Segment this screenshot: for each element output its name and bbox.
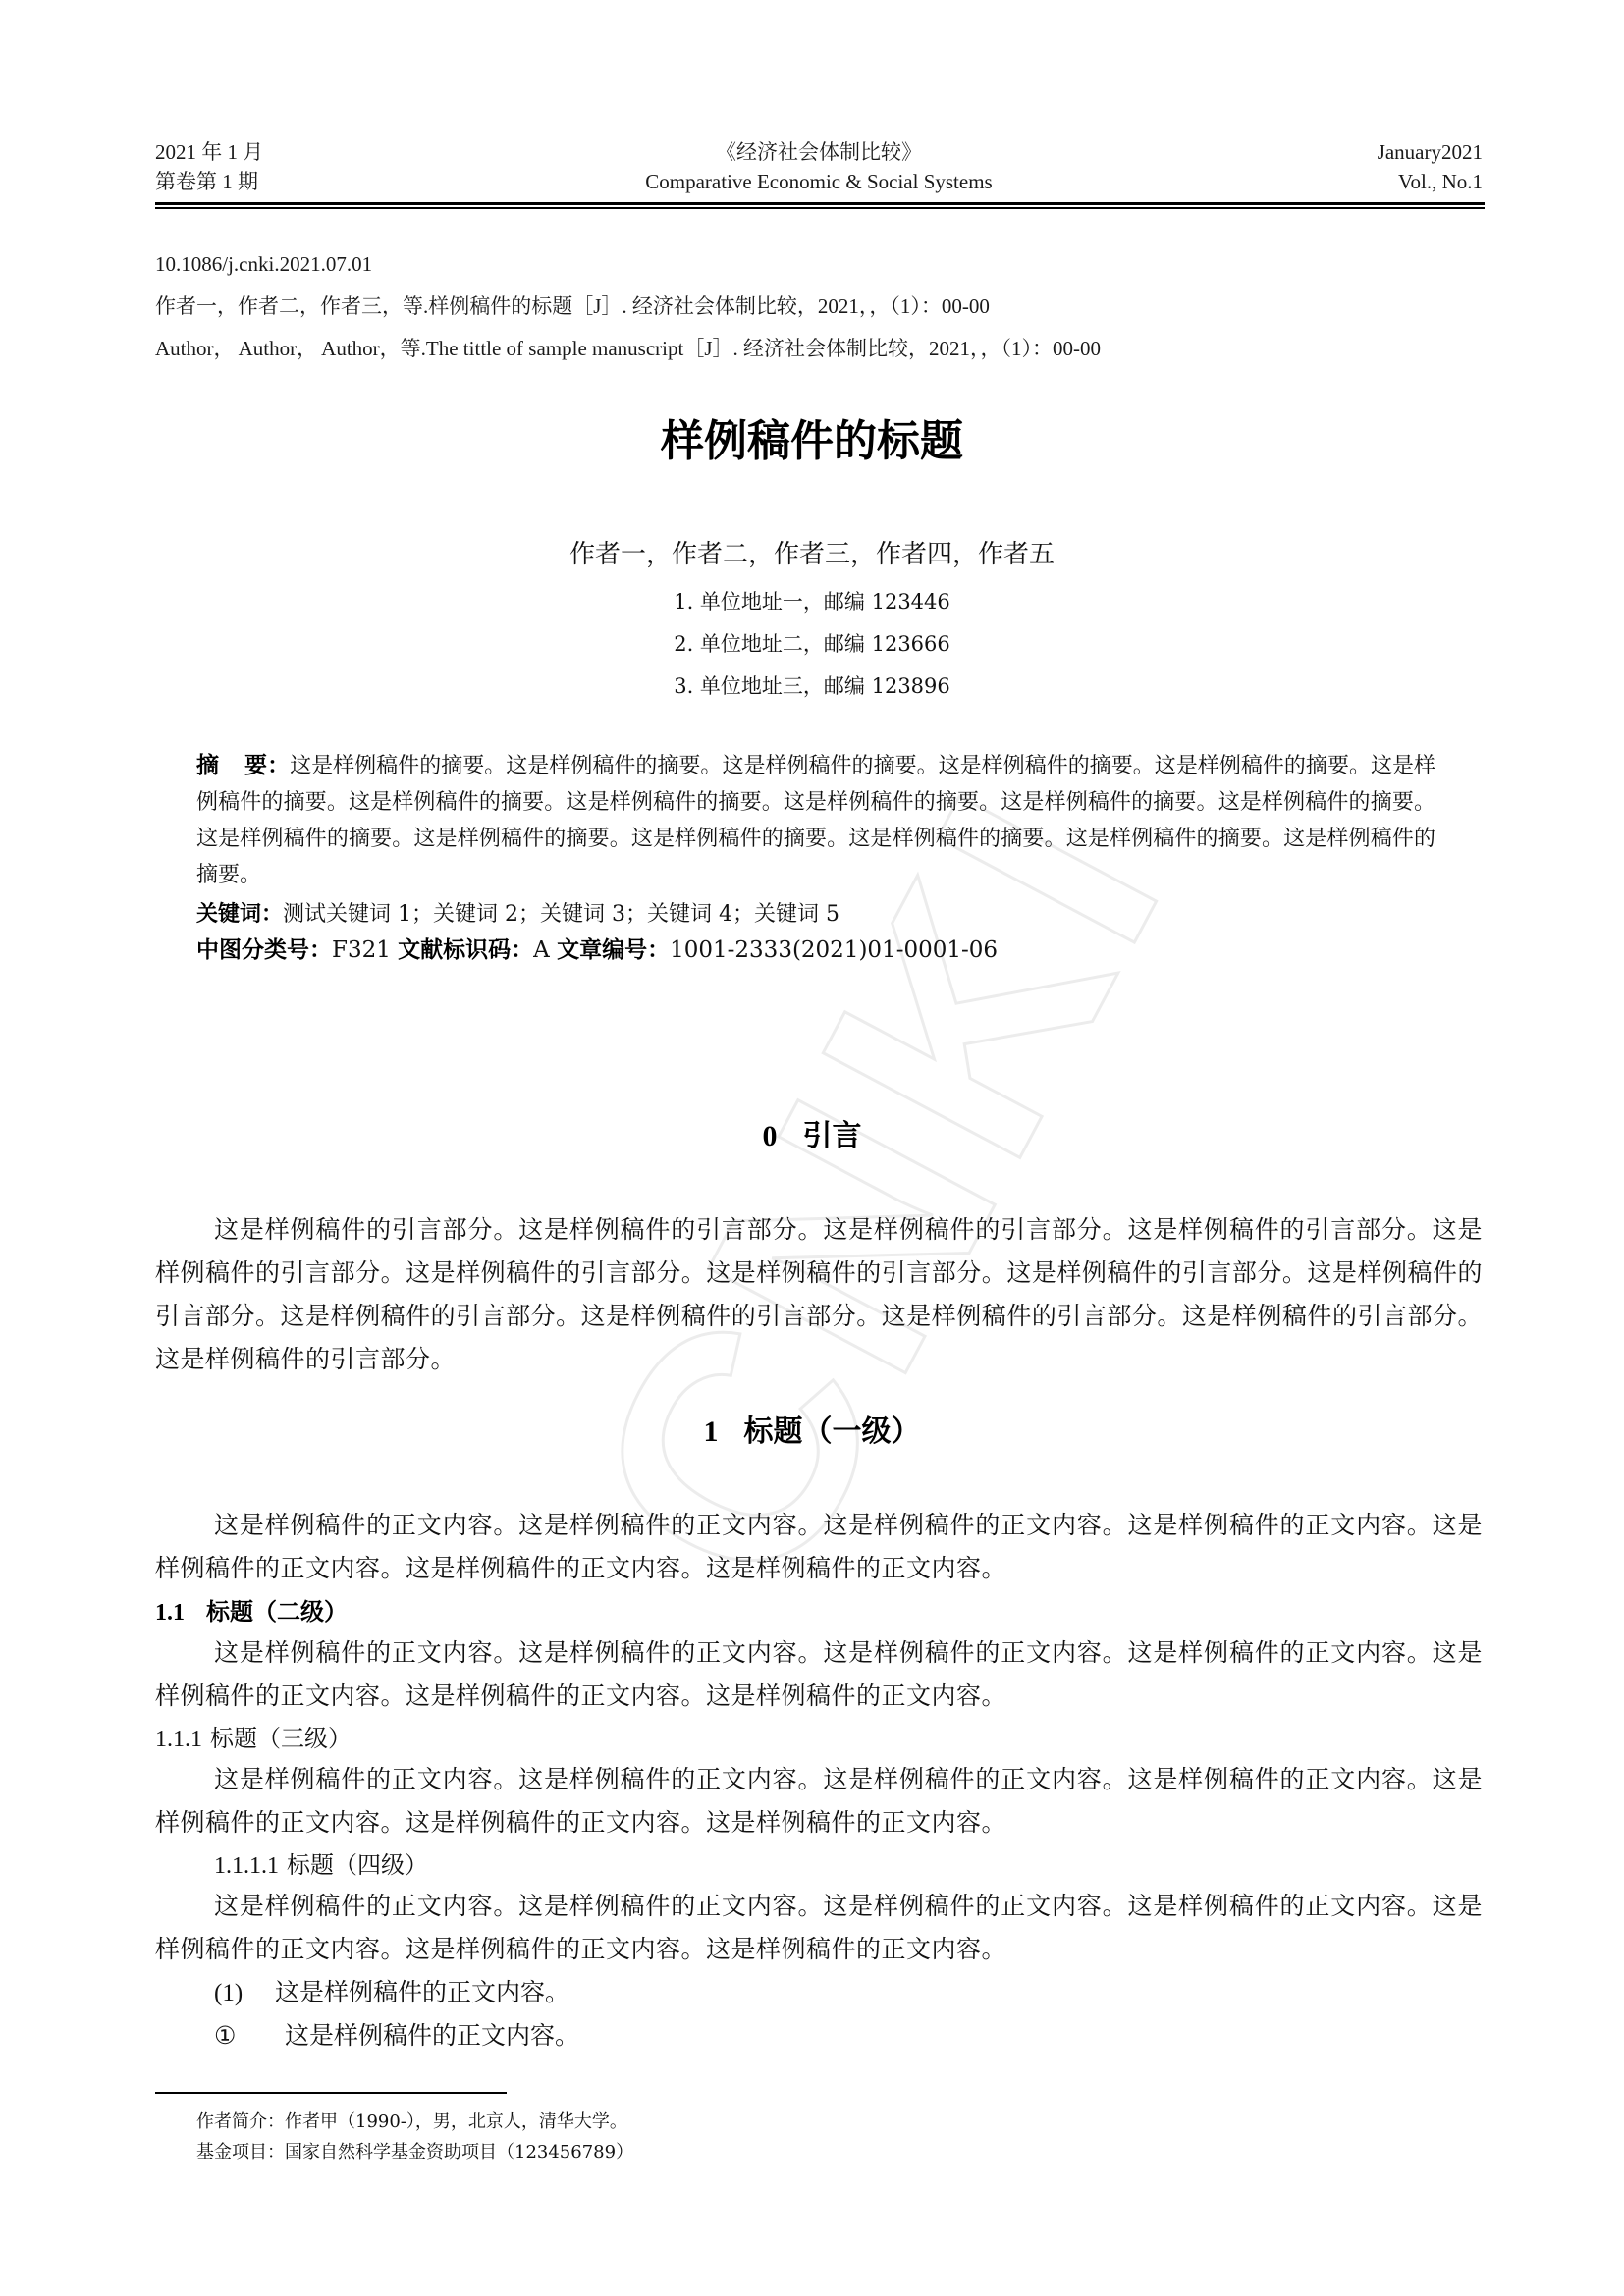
section-number: 1.1.1.1 xyxy=(214,1853,279,1879)
doc-code-value: A xyxy=(533,937,550,963)
section-1-1-1-1-paragraph: 这是样例稿件的正文内容。这是样例稿件的正文内容。这是样例稿件的正文内容。这是样例… xyxy=(155,1885,1483,1971)
running-header: 2021 年 1 月 第卷第 1 期 《经济社会体制比较》 Comparativ… xyxy=(155,137,1483,200)
article-number-label: 文章编号： xyxy=(557,937,670,963)
section-title: 标题（一级） xyxy=(744,1415,921,1449)
abstract-text: 这是样例稿件的摘要。这是样例稿件的摘要。这是样例稿件的摘要。这是样例稿件的摘要。… xyxy=(196,754,1435,887)
journal-name-en: Comparative Economic & Social Systems xyxy=(155,167,1483,196)
section-heading-1: 1标题（一级） xyxy=(0,1411,1624,1454)
classification-line: 中图分类号：F321 文献标识码：A 文章编号：1001-2333(2021)0… xyxy=(196,933,1435,969)
affiliation-item: 1. 单位地址一，邮编 123446 xyxy=(674,581,950,623)
section-title: 引言 xyxy=(803,1119,862,1153)
abstract-label-2: 要： xyxy=(244,753,290,778)
header-volume: Vol., No.1 xyxy=(1378,167,1483,196)
affiliation-item: 3. 单位地址三，邮编 123896 xyxy=(674,666,950,708)
section-title: 标题（二级） xyxy=(206,1598,348,1626)
footnote-funding: 基金项目：国家自然科学基金资助项目（123456789） xyxy=(196,2137,633,2167)
intro-paragraph: 这是样例稿件的引言部分。这是样例稿件的引言部分。这是样例稿件的引言部分。这是样例… xyxy=(155,1208,1483,1381)
header-center: 《经济社会体制比较》 Comparative Economic & Social… xyxy=(155,137,1483,196)
section-heading-1-1-1: 1.1.1标题（三级） xyxy=(155,1719,352,1759)
clc-label: 中图分类号： xyxy=(196,937,332,963)
section-title: 标题（四级） xyxy=(287,1851,428,1879)
section-number: 0 xyxy=(763,1120,778,1152)
keywords-label: 关键词： xyxy=(196,902,283,927)
header-date-en: January2021 xyxy=(1378,137,1483,167)
list-marker: ① xyxy=(214,2015,285,2058)
list-marker: (1) xyxy=(214,1972,275,2015)
citation-en: Author， Author， Author，等.The tittle of s… xyxy=(155,328,1490,370)
section-heading-1-1: 1.1标题（二级） xyxy=(155,1592,348,1632)
header-right: January2021 Vol., No.1 xyxy=(1378,137,1483,196)
list-text: 这是样例稿件的正文内容。 xyxy=(275,1978,569,2006)
keywords-text: 测试关键词 1；关键词 2；关键词 3；关键词 4；关键词 5 xyxy=(283,902,839,927)
citation-cn: 作者一，作者二，作者三，等.样例稿件的标题［J］. 经济社会体制比较，2021，… xyxy=(155,286,1490,328)
doc-code-label: 文献标识码： xyxy=(398,937,533,963)
clc-value: F321 xyxy=(332,937,391,963)
paper-page: 2021 年 1 月 第卷第 1 期 《经济社会体制比较》 Comparativ… xyxy=(0,0,1624,2296)
section-number: 1.1.1 xyxy=(155,1727,202,1752)
list-item: ①这是样例稿件的正文内容。 xyxy=(214,2014,579,2058)
list-item: (1)这是样例稿件的正文内容。 xyxy=(214,1971,569,2015)
header-rule-thick xyxy=(155,202,1485,205)
section-1-1-1-paragraph: 这是样例稿件的正文内容。这是样例稿件的正文内容。这是样例稿件的正文内容。这是样例… xyxy=(155,1758,1483,1844)
section-title: 标题（三级） xyxy=(210,1725,352,1752)
footnote-author-bio: 作者简介：作者甲（1990-），男，北京人，清华大学。 xyxy=(196,2107,633,2137)
section-1-1-paragraph: 这是样例稿件的正文内容。这是样例稿件的正文内容。这是样例稿件的正文内容。这是样例… xyxy=(155,1631,1483,1718)
list-text: 这是样例稿件的正文内容。 xyxy=(285,2021,579,2050)
article-number-value: 1001-2333(2021)01-0001-06 xyxy=(670,937,998,963)
journal-name-cn: 《经济社会体制比较》 xyxy=(155,137,1483,167)
keywords: 关键词：测试关键词 1；关键词 2；关键词 3；关键词 4；关键词 5 xyxy=(196,896,1435,933)
header-rule-thin xyxy=(155,207,1485,209)
author-list: 作者一，作者二，作者三，作者四，作者五 xyxy=(0,535,1624,574)
doi[interactable]: 10.1086/j.cnki.2021.07.01 xyxy=(155,243,1490,286)
affiliation-list: 1. 单位地址一，邮编 123446 2. 单位地址二，邮编 123666 3.… xyxy=(0,581,1624,708)
footnote-rule xyxy=(155,2092,507,2094)
paper-title: 样例稿件的标题 xyxy=(0,412,1624,471)
affiliation-item: 2. 单位地址二，邮编 123666 xyxy=(674,623,950,666)
section-number: 1.1 xyxy=(155,1600,185,1626)
citation-block: 10.1086/j.cnki.2021.07.01 作者一，作者二，作者三，等.… xyxy=(155,243,1490,370)
abstract-label-1: 摘 xyxy=(196,753,219,778)
section-heading-intro: 0引言 xyxy=(0,1115,1624,1158)
section-1-paragraph: 这是样例稿件的正文内容。这是样例稿件的正文内容。这是样例稿件的正文内容。这是样例… xyxy=(155,1504,1483,1590)
section-number: 1 xyxy=(704,1415,719,1448)
abstract: 摘要：这是样例稿件的摘要。这是样例稿件的摘要。这是样例稿件的摘要。这是样例稿件的… xyxy=(196,748,1435,893)
footnotes: 作者简介：作者甲（1990-），男，北京人，清华大学。 基金项目：国家自然科学基… xyxy=(196,2107,633,2167)
section-heading-1-1-1-1: 1.1.1.1标题（四级） xyxy=(214,1845,428,1886)
